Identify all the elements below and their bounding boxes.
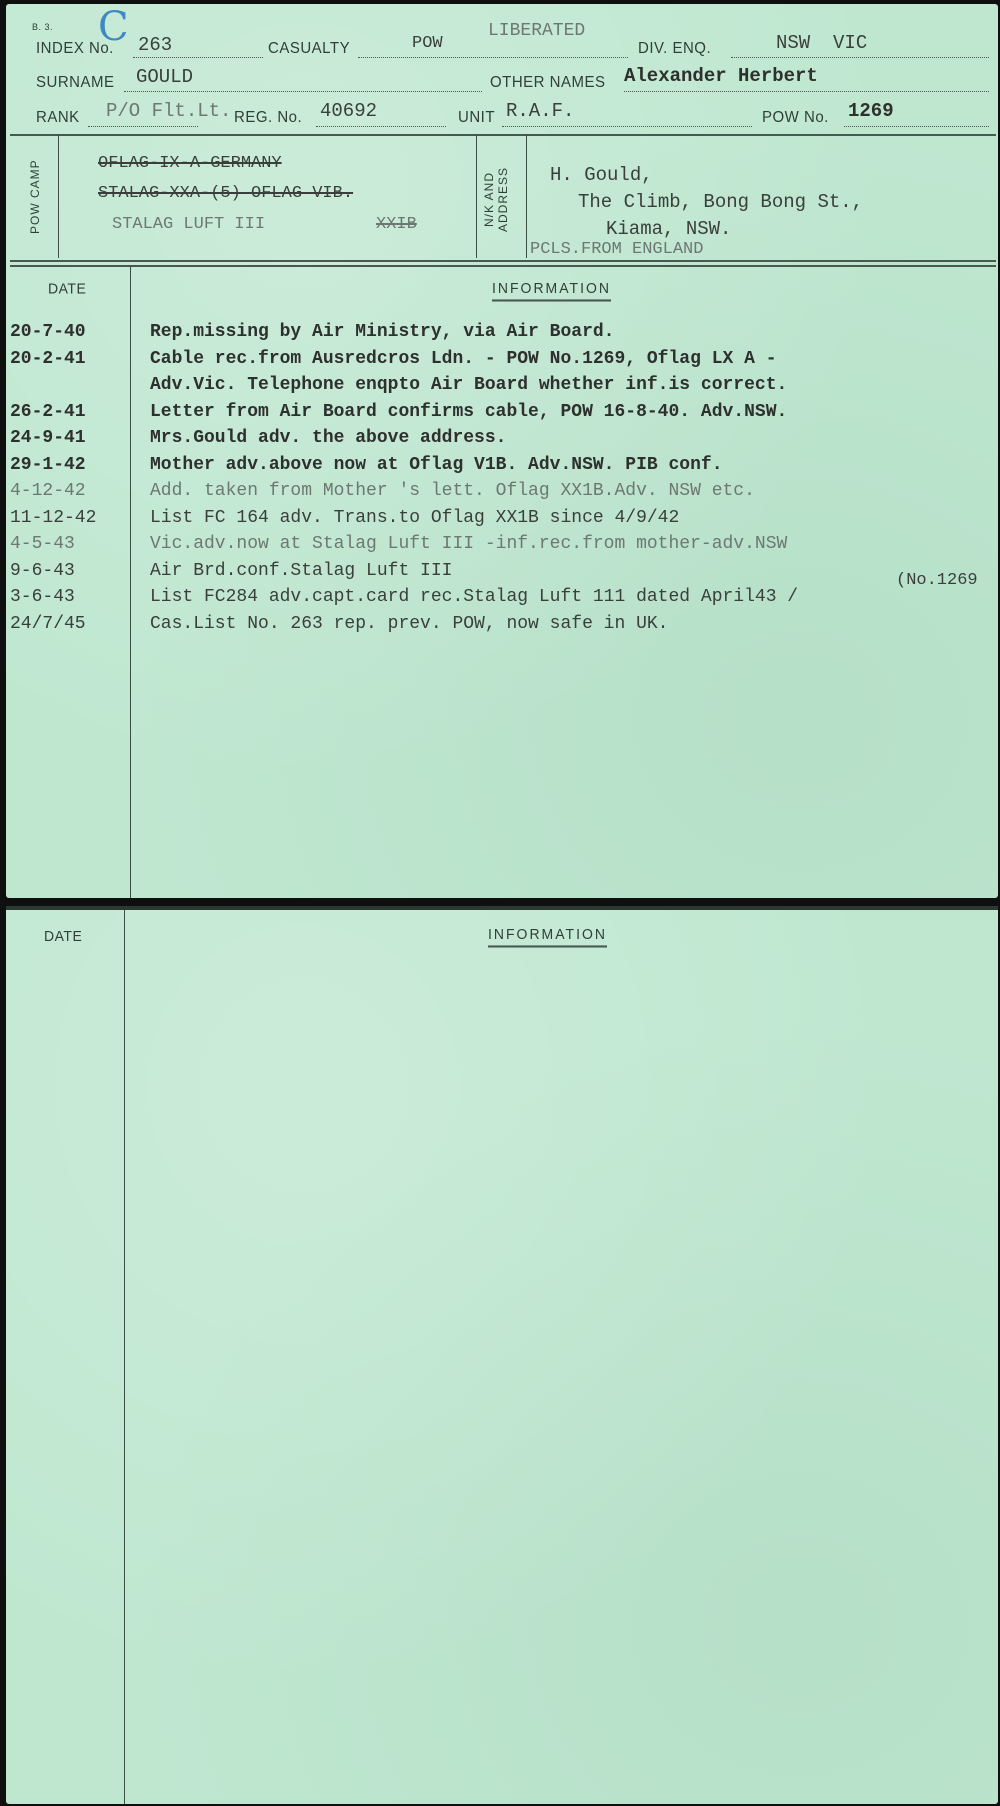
row-info: Mrs.Gould adv. the above address.: [150, 428, 506, 448]
row-date: 4-5-43: [10, 534, 75, 554]
nk-address-label: N/K AND ADDRESS: [482, 154, 522, 244]
camp-divider: [58, 134, 59, 258]
row-date: 24-9-41: [10, 428, 86, 448]
row-info: Vic.adv.now at Stalag Luft III -inf.rec.…: [150, 534, 787, 554]
casualty-annotation: LIBERATED: [488, 21, 585, 41]
index-card-back: DATE INFORMATION: [6, 906, 998, 1804]
pow-no-value: 1269: [848, 100, 894, 122]
date-header: DATE: [48, 280, 86, 297]
row-info: List FC 164 adv. Trans.to Oflag XX1B sin…: [150, 508, 679, 528]
rank-line: [88, 126, 198, 127]
index-no-line: [133, 57, 263, 58]
casualty-line: [358, 57, 628, 58]
row-info: Cable rec.from Ausredcros Ldn. - POW No.…: [150, 349, 777, 369]
divider-mid-2: [10, 265, 996, 267]
nk-line-1: H. Gould,: [550, 164, 653, 186]
row-date: 4-12-42: [10, 481, 86, 501]
divider-mid-1: [10, 260, 996, 262]
row-date: 29-1-42: [10, 455, 86, 475]
other-names-label: OTHER NAMES: [490, 74, 606, 92]
box-divider: [476, 134, 477, 258]
surname-label: SURNAME: [36, 74, 115, 92]
row-aside: (No.1269: [896, 571, 978, 590]
nk-line-3: Kiama, NSW.: [606, 218, 731, 240]
row-info: Adv.Vic. Telephone enqpto Air Board whet…: [150, 375, 787, 395]
index-no-value: 263: [138, 34, 172, 56]
nk-line-2: The Climb, Bong Bong St.,: [578, 191, 863, 213]
other-names-line: [624, 91, 989, 92]
div-enq-value: NSW VIC: [776, 32, 867, 54]
information-header: INFORMATION: [492, 279, 611, 301]
nk-note: PCLS.FROM ENGLAND: [530, 240, 703, 259]
row-date: 11-12-42: [10, 508, 96, 528]
row-info: Cas.List No. 263 rep. prev. POW, now saf…: [150, 614, 668, 634]
rank-label: RANK: [36, 109, 80, 127]
surname-line: [124, 91, 482, 92]
camp-line-3: STALAG LUFT III: [112, 215, 265, 234]
other-names-value: Alexander Herbert: [624, 65, 818, 87]
row-date: 20-2-41: [10, 349, 86, 369]
camp-line-2: STALAG-XXA-(5) OFLAG VIB.: [98, 184, 353, 203]
row-info: Rep.missing by Air Ministry, via Air Boa…: [150, 322, 614, 342]
row-info: List FC284 adv.capt.card rec.Stalag Luft…: [150, 587, 798, 607]
back-top-edge: [6, 906, 998, 910]
surname-value: GOULD: [136, 66, 193, 88]
pow-camp-label: POW CAMP: [28, 152, 42, 242]
row-date: 20-7-40: [10, 322, 86, 342]
casualty-label: CASUALTY: [268, 40, 350, 58]
unit-value: R.A.F.: [506, 100, 574, 122]
reg-no-line: [316, 126, 446, 127]
row-info: Air Brd.conf.Stalag Luft III: [150, 561, 452, 581]
rank-value: P/O Flt.Lt.: [106, 100, 231, 122]
index-no-label: INDEX No.: [36, 40, 114, 58]
unit-line: [502, 126, 752, 127]
camp-line-3-suffix: XXIB: [376, 215, 417, 234]
back-date-header: DATE: [44, 928, 82, 945]
form-code: B. 3.: [32, 22, 53, 33]
divider-top: [10, 134, 996, 136]
row-info: Add. taken from Mother 's lett. Oflag XX…: [150, 481, 755, 501]
back-date-column-divider: [124, 910, 125, 1804]
back-information-header: INFORMATION: [488, 925, 607, 947]
div-enq-line: [731, 57, 989, 58]
date-column-divider: [130, 266, 131, 898]
row-date: 3-6-43: [10, 587, 75, 607]
div-enq-label: DIV. ENQ.: [638, 40, 711, 58]
reg-no-value: 40692: [320, 100, 377, 122]
camp-line-1: OFLAG-IX-A-GERMANY: [98, 154, 282, 173]
nk-label-line2: ADDRESS: [496, 167, 510, 232]
row-info: Mother adv.above now at Oflag V1B. Adv.N…: [150, 455, 723, 475]
row-date: 9-6-43: [10, 561, 75, 581]
reg-no-label: REG. No.: [234, 109, 302, 127]
pow-no-label: POW No.: [762, 109, 829, 127]
nk-label-line1: N/K AND: [482, 172, 496, 227]
address-divider: [526, 134, 527, 258]
unit-label: UNIT: [458, 109, 495, 127]
row-date: 26-2-41: [10, 402, 86, 422]
casualty-value: POW: [412, 34, 443, 53]
pow-no-line: [844, 126, 989, 127]
row-info: Letter from Air Board confirms cable, PO…: [150, 402, 787, 422]
index-card-front: B. 3. C INDEX No. 263 CASUALTY POW LIBER…: [6, 4, 998, 898]
row-date: 24/7/45: [10, 614, 86, 634]
